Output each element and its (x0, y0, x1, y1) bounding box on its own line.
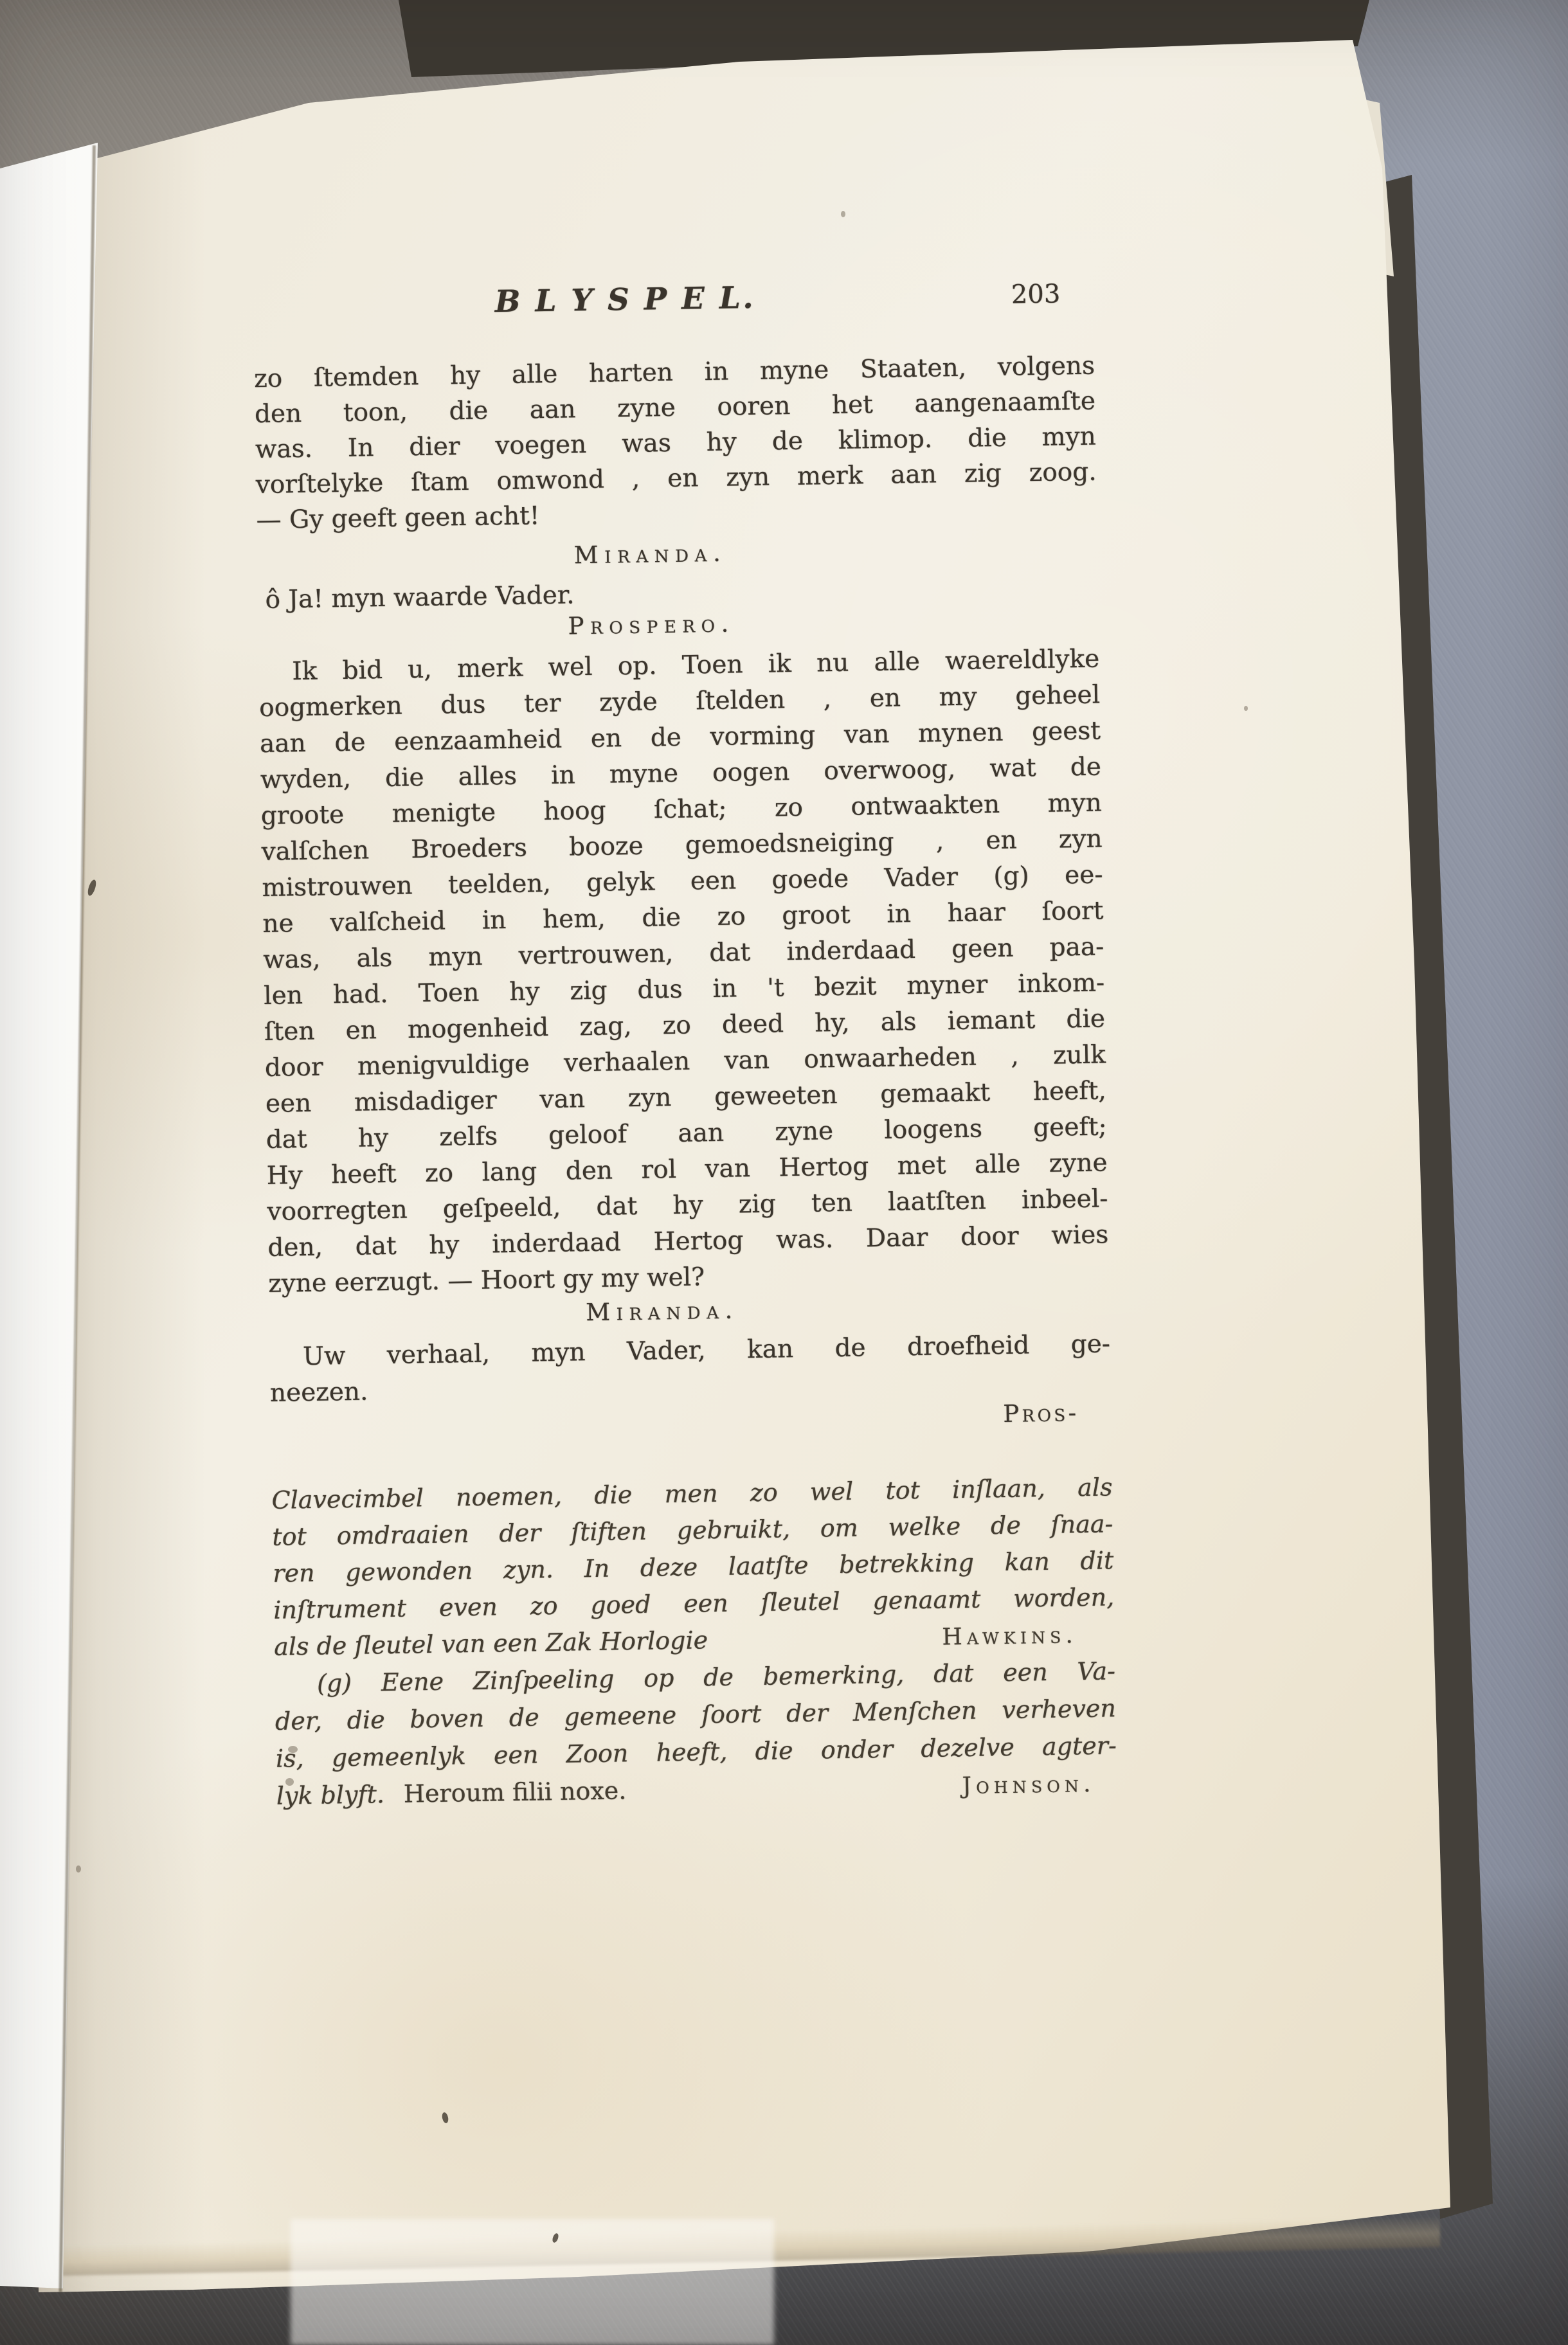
speaker-name: Miranda. (573, 539, 726, 570)
speaker-heading: Miranda. (257, 534, 1098, 575)
attribution: Hawkins. (942, 1617, 1078, 1655)
attribution: Johnson. (962, 1766, 1095, 1805)
footnote-f: Clavecimbel noemen, die men zo wel tot i… (271, 1469, 1115, 1666)
paragraph-continuation: zo ſtemden hy alle harten in myne Staate… (254, 348, 1097, 539)
spacer (708, 1645, 942, 1649)
speaker-name: Prospero. (568, 609, 735, 640)
footnote-text: als de ſleutel van een Zak Horlogie (274, 1622, 708, 1666)
page-header: B L Y S P E L. 203 (253, 275, 1094, 330)
miranda-speech-2: Uw verhaal, myn Vader, kan de droefheid … (269, 1326, 1112, 1412)
footnote-latin-text: Heroum filii noxe. (403, 1772, 626, 1812)
speaker-name: Miranda. (586, 1296, 739, 1326)
spacer (627, 1793, 962, 1799)
footnote-text: lyk blyft. (276, 1775, 384, 1815)
book-photo: B L Y S P E L. 203 zo ſtemden hy alle ha… (0, 0, 1568, 2345)
catchword: Pros- (1003, 1399, 1079, 1428)
footnote-g: (g) Eene Zinſpeeling op de bemerking, da… (275, 1652, 1117, 1815)
printed-text: B L Y S P E L. 203 zo ſtemden hy alle ha… (0, 0, 1568, 2345)
prospero-speech: Ik bid u, merk wel op. Toen ik nu alle w… (258, 641, 1110, 1302)
page-number: 203 (1011, 279, 1061, 309)
running-title: B L Y S P E L. (253, 276, 998, 323)
